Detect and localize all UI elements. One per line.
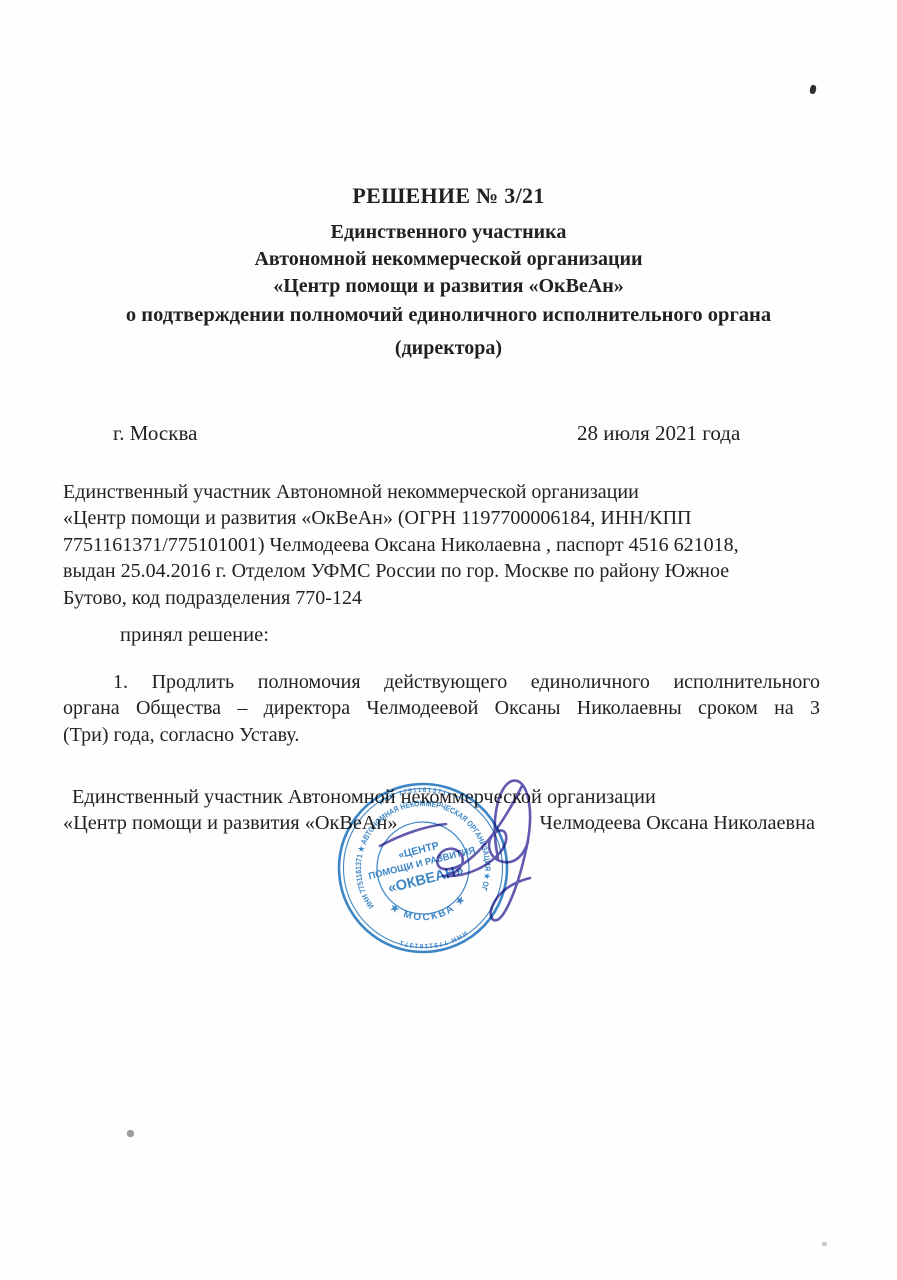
resolution-line: органа Общества – директора Челмодеевой …: [63, 695, 820, 721]
scan-speck: [822, 1242, 827, 1246]
subtitle-line-2: Автономной некоммерческой организации: [0, 248, 897, 271]
signature-ink-icon: [350, 760, 570, 940]
scan-speck: [809, 84, 817, 94]
subtitle-line-4: о подтверждении полномочий единоличного …: [0, 304, 897, 327]
subtitle-line-3: «Центр помощи и развития «ОкВеАн»: [0, 275, 897, 298]
resolution-line: 1. Продлить полномочия действующего един…: [63, 669, 820, 695]
main-paragraph: Единственный участник Автономной некомме…: [63, 479, 828, 611]
resolution-line: (Три) года, согласно Уставу.: [63, 722, 820, 748]
body-line: «Центр помощи и развития «ОкВеАн» (ОГРН …: [63, 505, 828, 531]
document-title: РЕШЕНИЕ № 3/21: [0, 183, 897, 209]
body-line: 7751161371/775101001) Челмодеева Оксана …: [63, 532, 828, 558]
subtitle-line-5: (директора): [0, 337, 897, 360]
document-place: г. Москва: [113, 421, 197, 446]
resolution-paragraph: 1. Продлить полномочия действующего един…: [63, 669, 820, 748]
subtitle-line-1: Единственного участника: [0, 221, 897, 244]
body-line: Бутово, код подразделения 770-124: [63, 585, 828, 611]
document-date: 28 июля 2021 года: [577, 421, 740, 446]
signatory-name: Челмодеева Оксана Николаевна: [540, 812, 815, 835]
resolution-intro: принял решение:: [120, 624, 269, 647]
body-line: выдан 25.04.2016 г. Отделом УФМС России …: [63, 558, 828, 584]
scan-speck: [127, 1130, 134, 1137]
body-line: Единственный участник Автономной некомме…: [63, 479, 828, 505]
document-page: РЕШЕНИЕ № 3/21 Единственного участника А…: [0, 0, 897, 1280]
